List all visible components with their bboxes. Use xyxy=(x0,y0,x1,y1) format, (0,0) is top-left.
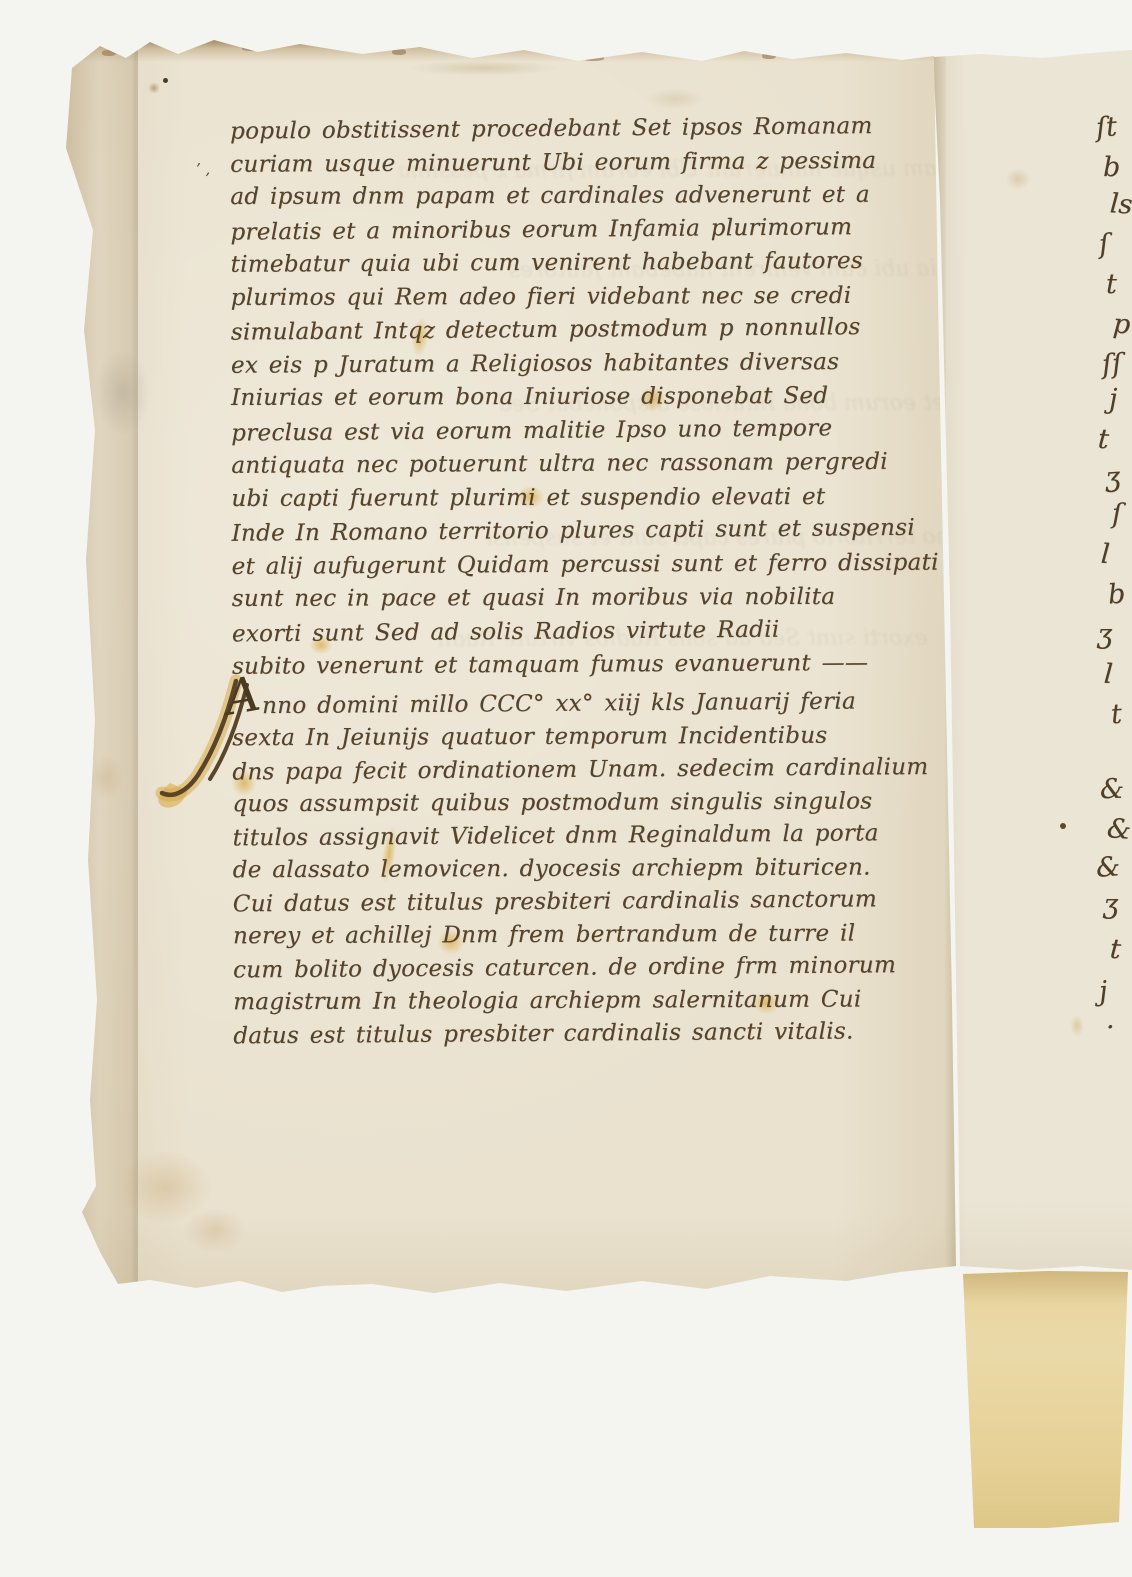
facing-page-text-fragment: ls xyxy=(1109,188,1132,220)
facing-page-text-fragment: ſſ xyxy=(1101,348,1123,380)
manuscript-line: cum bolito dyocesis caturcen. de ordine … xyxy=(233,954,896,982)
manuscript-line: quos assumpsit quibus postmodum singulis… xyxy=(232,790,872,816)
facing-page-text-fragment: & xyxy=(1095,851,1121,884)
manuscript-line: de alassato lemovicen. dyocesis archiepm… xyxy=(233,856,871,882)
facing-page-text-fragment: t xyxy=(1106,269,1117,300)
manuscript-line: dns papa fecit ordinationem Unam. sedeci… xyxy=(232,756,928,784)
ink-fleck xyxy=(1060,823,1066,829)
facing-page-text-fragment: l xyxy=(1103,659,1114,691)
facing-page-text-fragment: · xyxy=(1106,1012,1115,1043)
manuscript-line: simulabant Intqz detectum postmodum p no… xyxy=(231,316,861,344)
manuscript-line: preclusa est via eorum malitie Ipso uno … xyxy=(231,417,832,445)
facing-page-text-fragment: j xyxy=(1109,384,1117,415)
manuscript-line: populo obstitissent procedebant Set ipso… xyxy=(230,115,873,144)
manuscript-line: datus est titulus presbiter cardinalis s… xyxy=(233,1020,854,1048)
facing-page-text-fragment: ʒ xyxy=(1104,462,1121,494)
manuscript-line: Cui datus est titulus presbiteri cardina… xyxy=(233,888,877,916)
manuscript-line: sunt nec in pace et quasi In moribus via… xyxy=(232,586,836,611)
foxing-spot xyxy=(1005,168,1031,190)
facing-page-text-fragment: ſ xyxy=(1098,229,1110,261)
edge-chip xyxy=(882,51,896,57)
manuscript-line: magistrum In theologia archiepm salernit… xyxy=(233,989,861,1015)
facing-page-text-fragment: ſ xyxy=(1112,499,1122,530)
manuscript-line: nerey et achillej Dnm frem bertrandum de… xyxy=(233,923,856,949)
manuscript-line: ex eis p Juratum a Religiosos habitantes… xyxy=(231,351,839,378)
facing-page-text-fragment: t xyxy=(1109,934,1122,966)
scanned-manuscript-opening: ’ , A populo obstitissent procedebant Se… xyxy=(0,0,1132,1577)
show-through-ghost: exorti sunt Sed ad solis Radios virtute … xyxy=(437,625,928,652)
facing-page-leaf: ſtblsſtpſſjtʒſlbʒlt&&&ʒtj· xyxy=(922,48,1132,1274)
manuscript-line: antiquata nec potuerunt ultra nec rasson… xyxy=(231,451,888,478)
manuscript-line: plurimos qui Rem adeo fieri videbant nec… xyxy=(231,284,852,309)
manuscript-line: prelatis et a minoribus eorum Infamia pl… xyxy=(230,216,852,244)
show-through-ghost: curiam usque minuerunt Ubi eorum firma z… xyxy=(397,156,981,183)
facing-page-text-fragment: ʒ xyxy=(1097,619,1112,650)
manuscript-line: ad ipsum dnm papam et cardinales advener… xyxy=(230,184,870,209)
facing-page-text-fragment: & xyxy=(1100,774,1124,805)
facing-page-text-fragment: t xyxy=(1097,424,1110,456)
facing-page-text-fragment: & xyxy=(1106,813,1132,846)
facing-page-text-fragment: l xyxy=(1100,539,1111,571)
ochre-smudge xyxy=(1070,1015,1084,1037)
facing-page-text-fragment: b xyxy=(1103,152,1120,183)
facing-page-text-fragment: j xyxy=(1098,976,1109,1008)
facing-page-text-fragment: p xyxy=(1112,308,1131,340)
facing-page-text-fragment: b xyxy=(1107,578,1126,610)
manuscript-line: ubi capti fuerunt plurimi et suspendio e… xyxy=(231,485,825,510)
yellow-insert-sheet xyxy=(958,1266,1132,1532)
facing-page-text-fragment: ſt xyxy=(1095,111,1118,143)
manuscript-line: et alij aufugerunt Quidam percussi sunt … xyxy=(232,551,939,578)
manuscript-line: subito venerunt et tamquam fumus evanuer… xyxy=(232,652,868,679)
manuscript-leaf: ’ , A populo obstitissent procedebant Se… xyxy=(62,38,960,1300)
manuscript-line: titulos assignavit Videlicet dnm Reginal… xyxy=(233,822,879,850)
illuminated-initial-A: A xyxy=(150,663,280,813)
manuscript-line: nno domini millo CCC° xx° xiij kls Janua… xyxy=(262,691,856,719)
facing-page-text-fragment: ʒ xyxy=(1103,889,1118,920)
manuscript-line: sexta In Jeiunijs quatuor temporum Incid… xyxy=(232,725,827,751)
facing-page-text-fragment: t xyxy=(1110,699,1123,731)
